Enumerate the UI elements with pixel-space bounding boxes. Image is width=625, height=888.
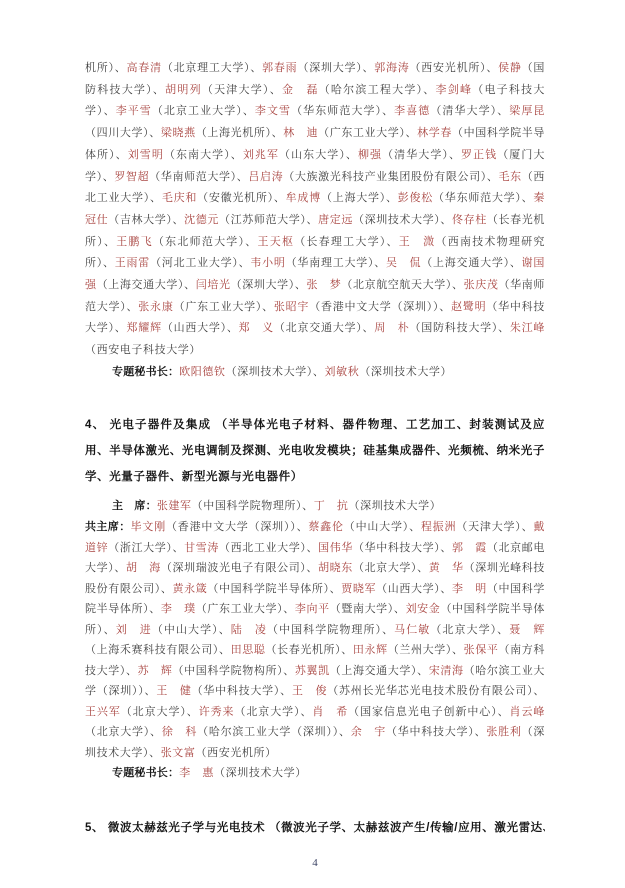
person-name: 刘雪明 bbox=[128, 149, 164, 161]
affiliation-text: （北京交通大学）、 bbox=[274, 322, 374, 334]
affiliation-text: 机所）、 bbox=[85, 62, 127, 74]
affiliation-text: （广东工业大学）、 bbox=[174, 301, 274, 313]
person-name: 李平雪 bbox=[116, 105, 152, 117]
person-name: 胡晓东 bbox=[318, 562, 353, 574]
affiliation-text: （北京大学）、 bbox=[234, 706, 312, 718]
person-name: 佟存柱 bbox=[452, 214, 487, 226]
person-name: 张庆茂 bbox=[464, 279, 499, 291]
person-name: 梁厚昆 bbox=[509, 105, 545, 117]
affiliation-text: （山西大学）、 bbox=[376, 583, 452, 595]
person-name: 马仁敏 bbox=[394, 624, 430, 636]
person-name: 张永康 bbox=[138, 301, 173, 313]
affiliation-text: （北京航空航天大学）、 bbox=[341, 279, 463, 291]
affiliation-text: （广东工业大学）、 bbox=[196, 603, 295, 615]
person-name: 闫培光 bbox=[196, 279, 231, 291]
affiliation-text: （东南大学）、 bbox=[164, 149, 243, 161]
person-name: 李 璞 bbox=[161, 603, 196, 615]
affiliation-text: （哈尔滨工程大学）、 bbox=[319, 84, 436, 96]
person-name: 刘 进 bbox=[116, 624, 152, 636]
affiliation-text: （哈尔滨工业大学（深圳））、 bbox=[197, 726, 351, 738]
person-name: 肖 希 bbox=[312, 706, 348, 718]
affiliation-text: （暨南大学）、 bbox=[330, 603, 406, 615]
affiliation-text: （上海大学）、 bbox=[321, 192, 398, 204]
person-name: 吴 侃 bbox=[386, 257, 421, 269]
person-name: 王天枢 bbox=[258, 236, 295, 248]
person-name: 宋清海 bbox=[429, 665, 464, 677]
topic4-secretary-line: 专题秘书长：李 惠（深圳技术大学） bbox=[85, 763, 545, 785]
person-name: 林学春 bbox=[417, 127, 452, 139]
person-name: 郑耀辉 bbox=[127, 322, 162, 334]
affiliation-text: （中国科学院半导体所）、 bbox=[207, 583, 341, 595]
person-name: 刘兆军 bbox=[243, 149, 279, 161]
person-name: 胡 海 bbox=[126, 562, 161, 574]
person-name: 高春清 bbox=[127, 62, 162, 74]
person-name: 梁晓燕 bbox=[161, 127, 196, 139]
affiliation-text: （北京大学）、 bbox=[121, 706, 199, 718]
affiliation-text: （西安电子科技大学） bbox=[85, 344, 201, 356]
affiliation-text: （上海光机所）、 bbox=[196, 127, 283, 139]
person-name: 李文雪 bbox=[255, 105, 291, 117]
person-name: 毛庆和 bbox=[162, 192, 197, 204]
affiliation-text: （国防科技大学）、 bbox=[410, 322, 510, 334]
affiliation-text: （山西大学）、 bbox=[162, 322, 239, 334]
affiliation-text: （西北工业大学）、 bbox=[219, 542, 318, 554]
affiliation-text: （上海禾赛科技有限公司）、 bbox=[85, 644, 231, 656]
person-name: 王 健 bbox=[156, 685, 191, 697]
person-name: 刘安金 bbox=[406, 603, 441, 615]
role-label: 主 席： bbox=[112, 500, 157, 512]
person-name: 王鹏飞 bbox=[116, 236, 153, 248]
person-name: 李 惠 bbox=[179, 767, 214, 779]
affiliation-text: （华中科技大学）、 bbox=[353, 542, 452, 554]
person-name: 国伟华 bbox=[318, 542, 353, 554]
affiliation-text: （北京大学）、 bbox=[353, 562, 429, 574]
role-label: 共主席： bbox=[85, 521, 131, 533]
affiliation-text: （河北工业大学）、 bbox=[150, 257, 250, 269]
person-name: 侯静 bbox=[498, 62, 522, 74]
affiliation-text: （广东工业大学）、 bbox=[318, 127, 417, 139]
person-name: 张建军 bbox=[157, 500, 192, 512]
person-name: 韦小明 bbox=[250, 257, 285, 269]
person-name: 柳强 bbox=[358, 149, 382, 161]
affiliation-text: （深圳技术大学）、 bbox=[226, 366, 325, 378]
affiliation-text: （深圳瑞波光电子有限公司）、 bbox=[161, 562, 318, 574]
role-label: 专题秘书长： bbox=[112, 366, 179, 378]
affiliation-text: （安徽光机所）、 bbox=[197, 192, 286, 204]
affiliation-text: （长春理工大学）、 bbox=[294, 236, 399, 248]
affiliation-text: （西安光机所）、 bbox=[410, 62, 499, 74]
affiliation-text: （东北师范大学）、 bbox=[153, 236, 258, 248]
affiliation-text: （北京理工大学）、 bbox=[162, 62, 262, 74]
affiliation-text: （华东师范大学）、 bbox=[291, 105, 394, 117]
affiliation-text: （北京大学）、 bbox=[85, 726, 162, 738]
person-name: 周 朴 bbox=[374, 322, 409, 334]
person-name: 李 明 bbox=[452, 583, 487, 595]
person-name: 郭海涛 bbox=[374, 62, 409, 74]
person-name: 唐定远 bbox=[318, 214, 353, 226]
person-name: 张 梦 bbox=[306, 279, 341, 291]
person-name: 程振洲 bbox=[421, 521, 456, 533]
affiliation-text: （华南师范大学）、 bbox=[149, 171, 248, 183]
person-name: 毛东 bbox=[499, 171, 522, 183]
affiliation-text: （北京大学）、 bbox=[430, 624, 509, 636]
affiliation-text: （华东师范大学）、 bbox=[433, 192, 533, 204]
person-name: 王 俊 bbox=[292, 685, 327, 697]
person-name: 丁 抗 bbox=[314, 500, 349, 512]
affiliation-text: （清华大学）、 bbox=[430, 105, 509, 117]
affiliation-text: （上海交通大学）、 bbox=[330, 665, 429, 677]
person-name: 陆 凌 bbox=[231, 624, 267, 636]
person-name: 黄永箴 bbox=[172, 583, 207, 595]
topic4-heading: 4、 光电子器件及集成 （半导体光电子材料、器件物理、工艺加工、封装测试及应用、… bbox=[85, 412, 545, 490]
person-name: 王兴军 bbox=[85, 706, 121, 718]
affiliation-text: （深圳大学）、 bbox=[297, 62, 374, 74]
person-name: 罗智超 bbox=[114, 171, 149, 183]
affiliation-text: （西安光机所） bbox=[196, 747, 277, 759]
affiliation-text: （吉林大学）、 bbox=[108, 214, 184, 226]
person-name: 王 溦 bbox=[399, 236, 436, 248]
person-name: 林 迪 bbox=[283, 127, 318, 139]
affiliation-text: （深圳技术大学）、 bbox=[353, 214, 452, 226]
affiliation-text: （长春光机所）、 bbox=[265, 644, 352, 656]
person-name: 刘敏秋 bbox=[325, 366, 360, 378]
affiliation-text: （香港中文大学（深圳））、 bbox=[166, 521, 308, 533]
affiliation-text: （华南理工大学）、 bbox=[286, 257, 386, 269]
person-name: 苏 辉 bbox=[138, 665, 173, 677]
person-name: 张文富 bbox=[161, 747, 196, 759]
heading-text: 5、 微波太赫兹光子学与光电技术 （微波光子学、太赫兹波产生/传输/应用、激光雷… bbox=[85, 822, 545, 834]
affiliation-text: （苏州长光华芯光电技术股份有限公司）、 bbox=[327, 685, 545, 697]
topic4-cochair-list: 共主席：毕文刚（香港中文大学（深圳））、蔡鑫伦（中山大学）、程振洲（天津大学）、… bbox=[85, 517, 545, 763]
person-name: 牟成博 bbox=[286, 192, 321, 204]
affiliation-text: （华中科技大学）、 bbox=[386, 726, 486, 738]
person-name: 李剑峰 bbox=[436, 84, 473, 96]
affiliation-text: （华中科技大学）、 bbox=[192, 685, 292, 697]
affiliation-text: （上海交通大学）、 bbox=[421, 257, 521, 269]
person-name: 朱江峰 bbox=[510, 322, 545, 334]
person-name: 吕启涛 bbox=[248, 171, 283, 183]
affiliation-text: （深圳技术大学） bbox=[214, 767, 307, 779]
person-name: 许秀来 bbox=[199, 706, 235, 718]
person-name: 余 宇 bbox=[351, 726, 386, 738]
person-name: 沈德元 bbox=[184, 214, 219, 226]
page-number: 4 bbox=[85, 857, 545, 869]
affiliation-text: （中国科学院物理所）、 bbox=[192, 500, 314, 512]
person-name: 张保平 bbox=[464, 644, 499, 656]
role-label: 专题秘书长： bbox=[112, 767, 179, 779]
affiliation-text: （大族激光科技产业集团股份有限公司）、 bbox=[283, 171, 498, 183]
person-name: 张昭宇 bbox=[274, 301, 309, 313]
person-name: 金 磊 bbox=[282, 84, 319, 96]
affiliation-text: （清华大学）、 bbox=[382, 149, 461, 161]
person-name: 黄 华 bbox=[429, 562, 464, 574]
person-name: 彭俊松 bbox=[398, 192, 433, 204]
person-name: 欧阳德钦 bbox=[179, 366, 225, 378]
affiliation-text: （四川大学）、 bbox=[85, 127, 161, 139]
affiliation-text: （兰州大学）、 bbox=[388, 644, 464, 656]
topic3-secretary-line: 专题秘书长：欧阳德钦（深圳技术大学）、刘敏秋（深圳技术大学） bbox=[85, 362, 545, 384]
person-name: 王雨雷 bbox=[115, 257, 150, 269]
affiliation-text: （国家信息光电子创新中心）、 bbox=[348, 706, 509, 718]
document-page: 机所）、高春清（北京理工大学）、郭春雨（深圳大学）、郭海涛（西安光机所）、侯静（… bbox=[0, 0, 625, 888]
affiliation-text: （中山大学）、 bbox=[344, 521, 421, 533]
person-name: 肖云峰 bbox=[510, 706, 545, 718]
person-name: 郭 霞 bbox=[452, 542, 487, 554]
person-name: 郑 义 bbox=[239, 322, 274, 334]
person-name: 甘雪涛 bbox=[184, 542, 219, 554]
person-name: 聂 辉 bbox=[509, 624, 545, 636]
topic5-heading: 5、 微波太赫兹光子学与光电技术 （微波光子学、太赫兹波产生/传输/应用、激光雷… bbox=[85, 815, 545, 841]
affiliation-text: （香港中文大学（深圳））、 bbox=[309, 301, 451, 313]
person-name: 田永辉 bbox=[353, 644, 388, 656]
person-name: 郭春雨 bbox=[262, 62, 297, 74]
person-name: 张胜利 bbox=[486, 726, 521, 738]
person-name: 贾晓军 bbox=[341, 583, 376, 595]
topic4-chair-line: 主 席：张建军（中国科学院物理所）、丁 抗（深圳技术大学） bbox=[85, 496, 545, 518]
person-name: 赵鹭明 bbox=[451, 301, 486, 313]
affiliation-text: （天津大学）、 bbox=[202, 84, 282, 96]
affiliation-text: （中国科学院物理所）、 bbox=[267, 624, 394, 636]
person-name: 徐 科 bbox=[162, 726, 197, 738]
affiliation-text: （北京工业大学）、 bbox=[152, 105, 255, 117]
person-name: 李喜德 bbox=[394, 105, 430, 117]
affiliation-text: （深圳技术大学） bbox=[349, 500, 442, 512]
affiliation-text: （中国科学院物构所）、 bbox=[172, 665, 294, 677]
person-name: 罗正钱 bbox=[461, 149, 497, 161]
person-name: 毕文刚 bbox=[131, 521, 166, 533]
person-name: 胡明列 bbox=[165, 84, 202, 96]
committee-list-continuation: 机所）、高春清（北京理工大学）、郭春雨（深圳大学）、郭海涛（西安光机所）、侯静（… bbox=[85, 58, 545, 362]
affiliation-text: （上海交通大学）、 bbox=[97, 279, 196, 291]
affiliation-text: （山东大学）、 bbox=[279, 149, 358, 161]
heading-text: 4、 光电子器件及集成 （半导体光电子材料、器件物理、工艺加工、封装测试及应用、… bbox=[85, 419, 545, 483]
person-name: 田思聪 bbox=[231, 644, 266, 656]
page-body: 机所）、高春清（北京理工大学）、郭春雨（深圳大学）、郭海涛（西安光机所）、侯静（… bbox=[85, 58, 545, 841]
affiliation-text: （天津大学）、 bbox=[456, 521, 533, 533]
affiliation-text: （深圳技术大学） bbox=[359, 366, 452, 378]
affiliation-text: （中山大学）、 bbox=[152, 624, 231, 636]
person-name: 苏翼凯 bbox=[295, 665, 330, 677]
person-name: 李向平 bbox=[295, 603, 330, 615]
affiliation-text: （浙江大学）、 bbox=[108, 542, 184, 554]
affiliation-text: （深圳大学）、 bbox=[231, 279, 307, 291]
affiliation-text: （江苏师范大学）、 bbox=[219, 214, 318, 226]
person-name: 蔡鑫伦 bbox=[308, 521, 343, 533]
